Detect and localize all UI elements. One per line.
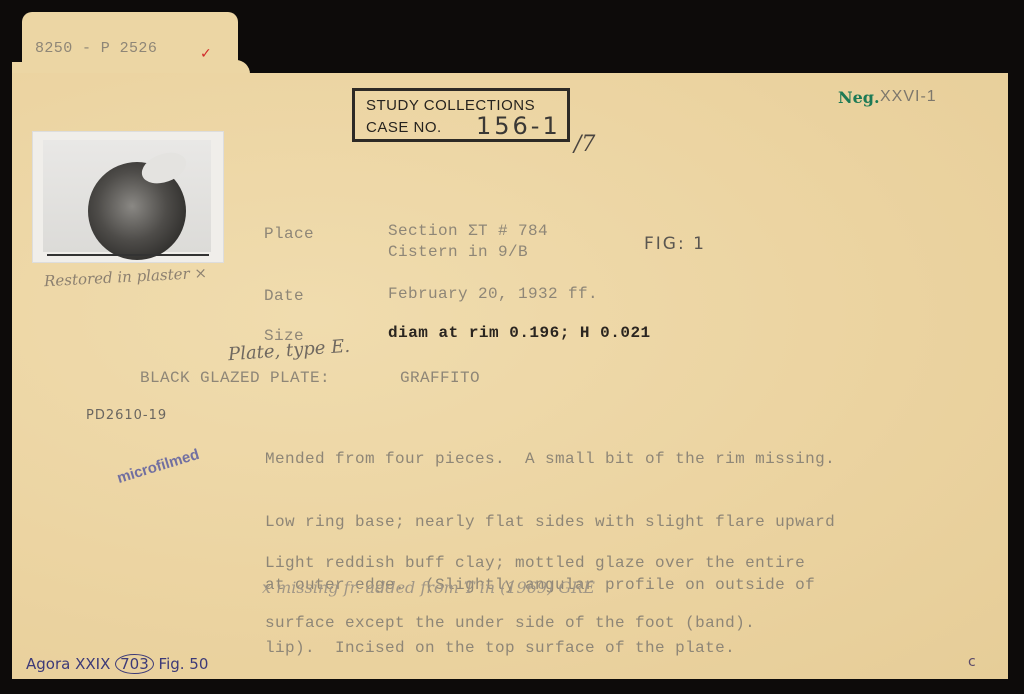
object-technique: GRAFFITO xyxy=(400,369,480,387)
case-number: 156-1 xyxy=(476,112,561,140)
publication-name: Agora XXIX xyxy=(26,655,110,673)
date-label: Date xyxy=(264,287,304,305)
check-mark-icon: ✓ xyxy=(200,46,212,62)
description-line: Light reddish buff clay; mottled glaze o… xyxy=(265,553,805,573)
object-title: BLACK GLAZED PLATE: xyxy=(140,369,330,387)
neg-value: XXVI-1 xyxy=(880,88,937,106)
case-suffix: /7 xyxy=(574,132,595,157)
corner-letter: c xyxy=(968,654,976,670)
place-note: FIG: 1 xyxy=(644,234,706,254)
place-line1: Section ΣT # 784 xyxy=(388,222,548,240)
catalog-number: 8250 - P 2526 xyxy=(35,40,157,57)
date-value: February 20, 1932 ff. xyxy=(388,285,598,303)
stamp-case-label: CASE NO. xyxy=(366,119,442,136)
place-label: Place xyxy=(264,225,314,243)
photo-baseline xyxy=(47,254,209,256)
catalog-circled: 703 xyxy=(115,654,154,674)
publication-reference: Agora XXIX 703 Fig. 50 xyxy=(26,654,208,674)
description-line: Mended from four pieces. A small bit of … xyxy=(265,449,835,470)
figure-ref: Fig. 50 xyxy=(159,655,209,673)
card-tab: 8250 - P 2526 ✓ xyxy=(22,12,238,82)
object-photo xyxy=(32,131,224,263)
size-value: diam at rim 0.196; H 0.021 xyxy=(388,324,651,342)
place-line2: Cistern in 9/B xyxy=(388,243,528,261)
pd-number: PD2610-19 xyxy=(86,408,167,423)
missing-note: x missing fr. added from T in (1969) GRE xyxy=(262,578,595,597)
description-line: surface except the under side of the foo… xyxy=(265,613,805,633)
neg-label: Neg. xyxy=(838,88,880,107)
